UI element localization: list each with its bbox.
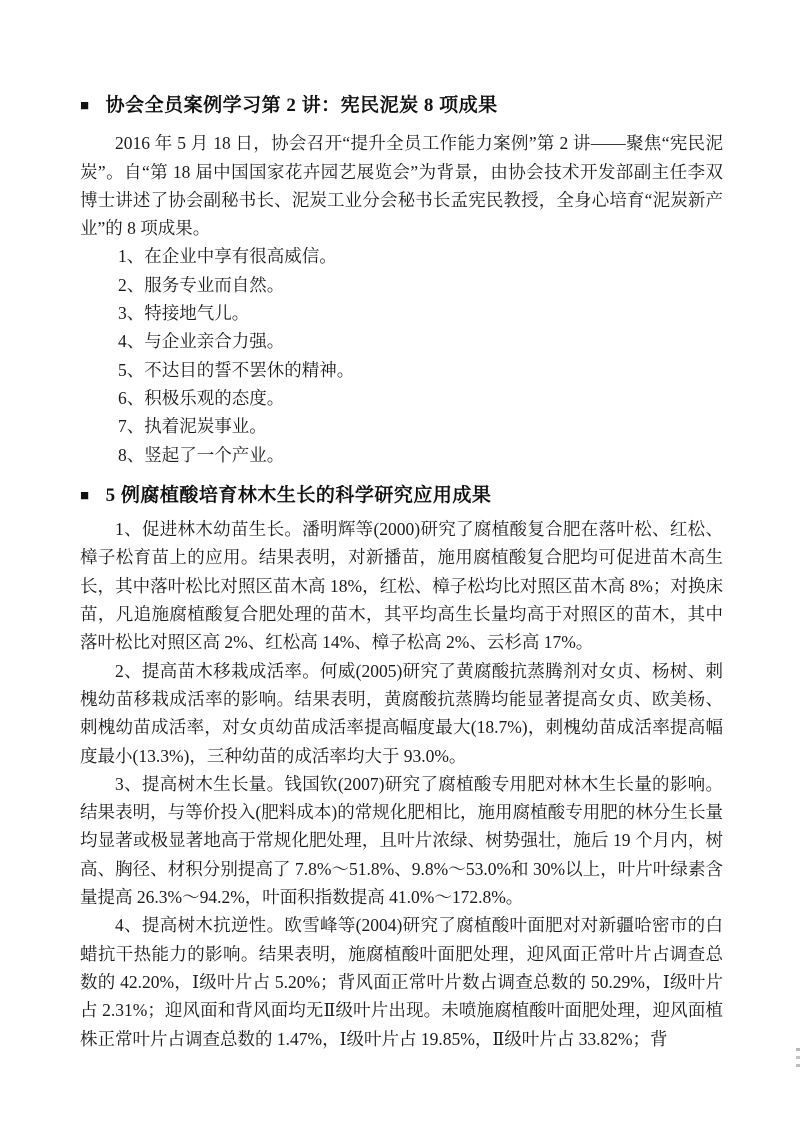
section2-paragraph: 4、提高树木抗逆性。欧雪峰等(2004)研究了腐植酸叶面肥对对新疆哈密市的白蜡抗…: [80, 911, 723, 1052]
list-item: 5、不达目的誓不罢休的精神。: [118, 356, 723, 384]
list-item: 4、与企业亲合力强。: [118, 327, 723, 355]
page-edge-artifact: [796, 1048, 800, 1051]
section2-paragraph: 3、提高树木生长量。钱国钦(2007)研究了腐植酸专用肥对林木生长量的影响。结果…: [80, 770, 723, 911]
section1-list: 1、在企业中享有很高威信。 2、服务专业而自然。 3、特接地气儿。 4、与企业亲…: [80, 242, 723, 468]
section1-heading-text: 协会全员案例学习第 2 讲：宪民泥炭 8 项成果: [106, 92, 498, 120]
document-page: ■ 协会全员案例学习第 2 讲：宪民泥炭 8 项成果 2016 年 5 月 18…: [0, 0, 800, 1131]
document-content: ■ 协会全员案例学习第 2 讲：宪民泥炭 8 项成果 2016 年 5 月 18…: [80, 92, 723, 1053]
section1-heading: ■ 协会全员案例学习第 2 讲：宪民泥炭 8 项成果: [80, 92, 723, 121]
list-item: 6、积极乐观的态度。: [118, 384, 723, 412]
section2-paragraph: 2、提高苗木移栽成活率。何威(2005)研究了黄腐酸抗蒸腾剂对女贞、杨树、刺槐幼…: [80, 657, 723, 770]
list-item: 7、执着泥炭事业。: [118, 412, 723, 440]
section1-intro-paragraph: 2016 年 5 月 18 日，协会召开“提升全员工作能力案例”第 2 讲——聚…: [80, 129, 723, 242]
list-item: 8、竖起了一个产业。: [118, 441, 723, 469]
section2-heading-text: 5 例腐植酸培育林木生长的科学研究应用成果: [106, 482, 492, 510]
list-item: 2、服务专业而自然。: [118, 271, 723, 299]
section2-paragraph: 1、促进林木幼苗生长。潘明辉等(2000)研究了腐植酸复合肥在落叶松、红松、樟子…: [80, 515, 723, 656]
list-item: 3、特接地气儿。: [118, 299, 723, 327]
square-bullet-icon: ■: [80, 92, 90, 120]
section2-heading: ■ 5 例腐植酸培育林木生长的科学研究应用成果: [80, 482, 723, 511]
list-item: 1、在企业中享有很高威信。: [118, 242, 723, 270]
square-bullet-icon: ■: [80, 482, 90, 510]
